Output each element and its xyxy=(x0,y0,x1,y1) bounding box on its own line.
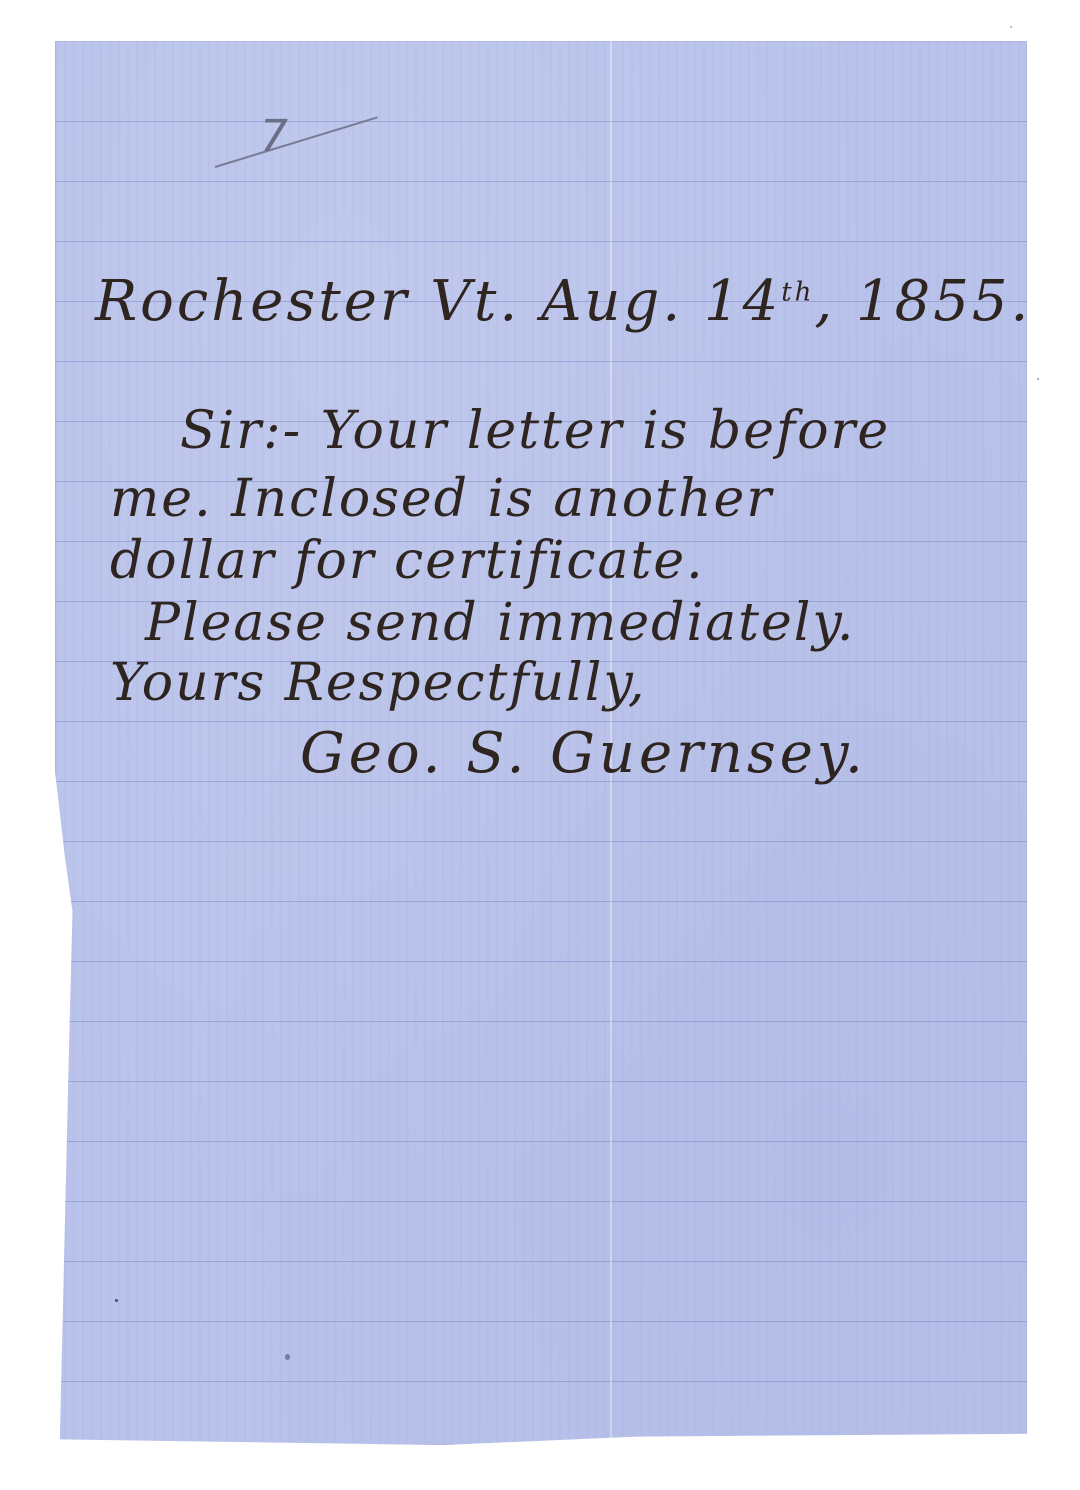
signature: Geo. S. Guernsey. xyxy=(300,721,867,786)
dateline-year: 1855. xyxy=(856,269,1031,334)
dateline-place: Rochester Vt. xyxy=(95,269,520,334)
scan-speck xyxy=(1037,378,1039,380)
letter-line: me. Inclosed is another xyxy=(110,469,773,529)
dateline-month: Aug. xyxy=(541,269,683,334)
paper-speck xyxy=(115,1299,118,1302)
letter-line: Please send immediately. xyxy=(145,593,855,653)
letter-line-salutation: Sir:- Your letter is before xyxy=(180,401,890,461)
letter-paper: 7 Rochester Vt. Aug. 14th, 1855. Sir:- Y… xyxy=(55,41,1027,1445)
dateline-day: 14 xyxy=(704,269,781,334)
dateline: Rochester Vt. Aug. 14th, 1855. xyxy=(95,269,1031,334)
scan-speck xyxy=(1010,26,1012,28)
dateline-day-suffix: th xyxy=(781,277,814,307)
letter-line-closing: Yours Respectfully, xyxy=(110,653,646,713)
paper-speck xyxy=(285,1354,290,1360)
letter-body: Rochester Vt. Aug. 14th, 1855. Sir:- You… xyxy=(55,41,1027,1445)
letter-line: dollar for certificate. xyxy=(110,531,705,591)
